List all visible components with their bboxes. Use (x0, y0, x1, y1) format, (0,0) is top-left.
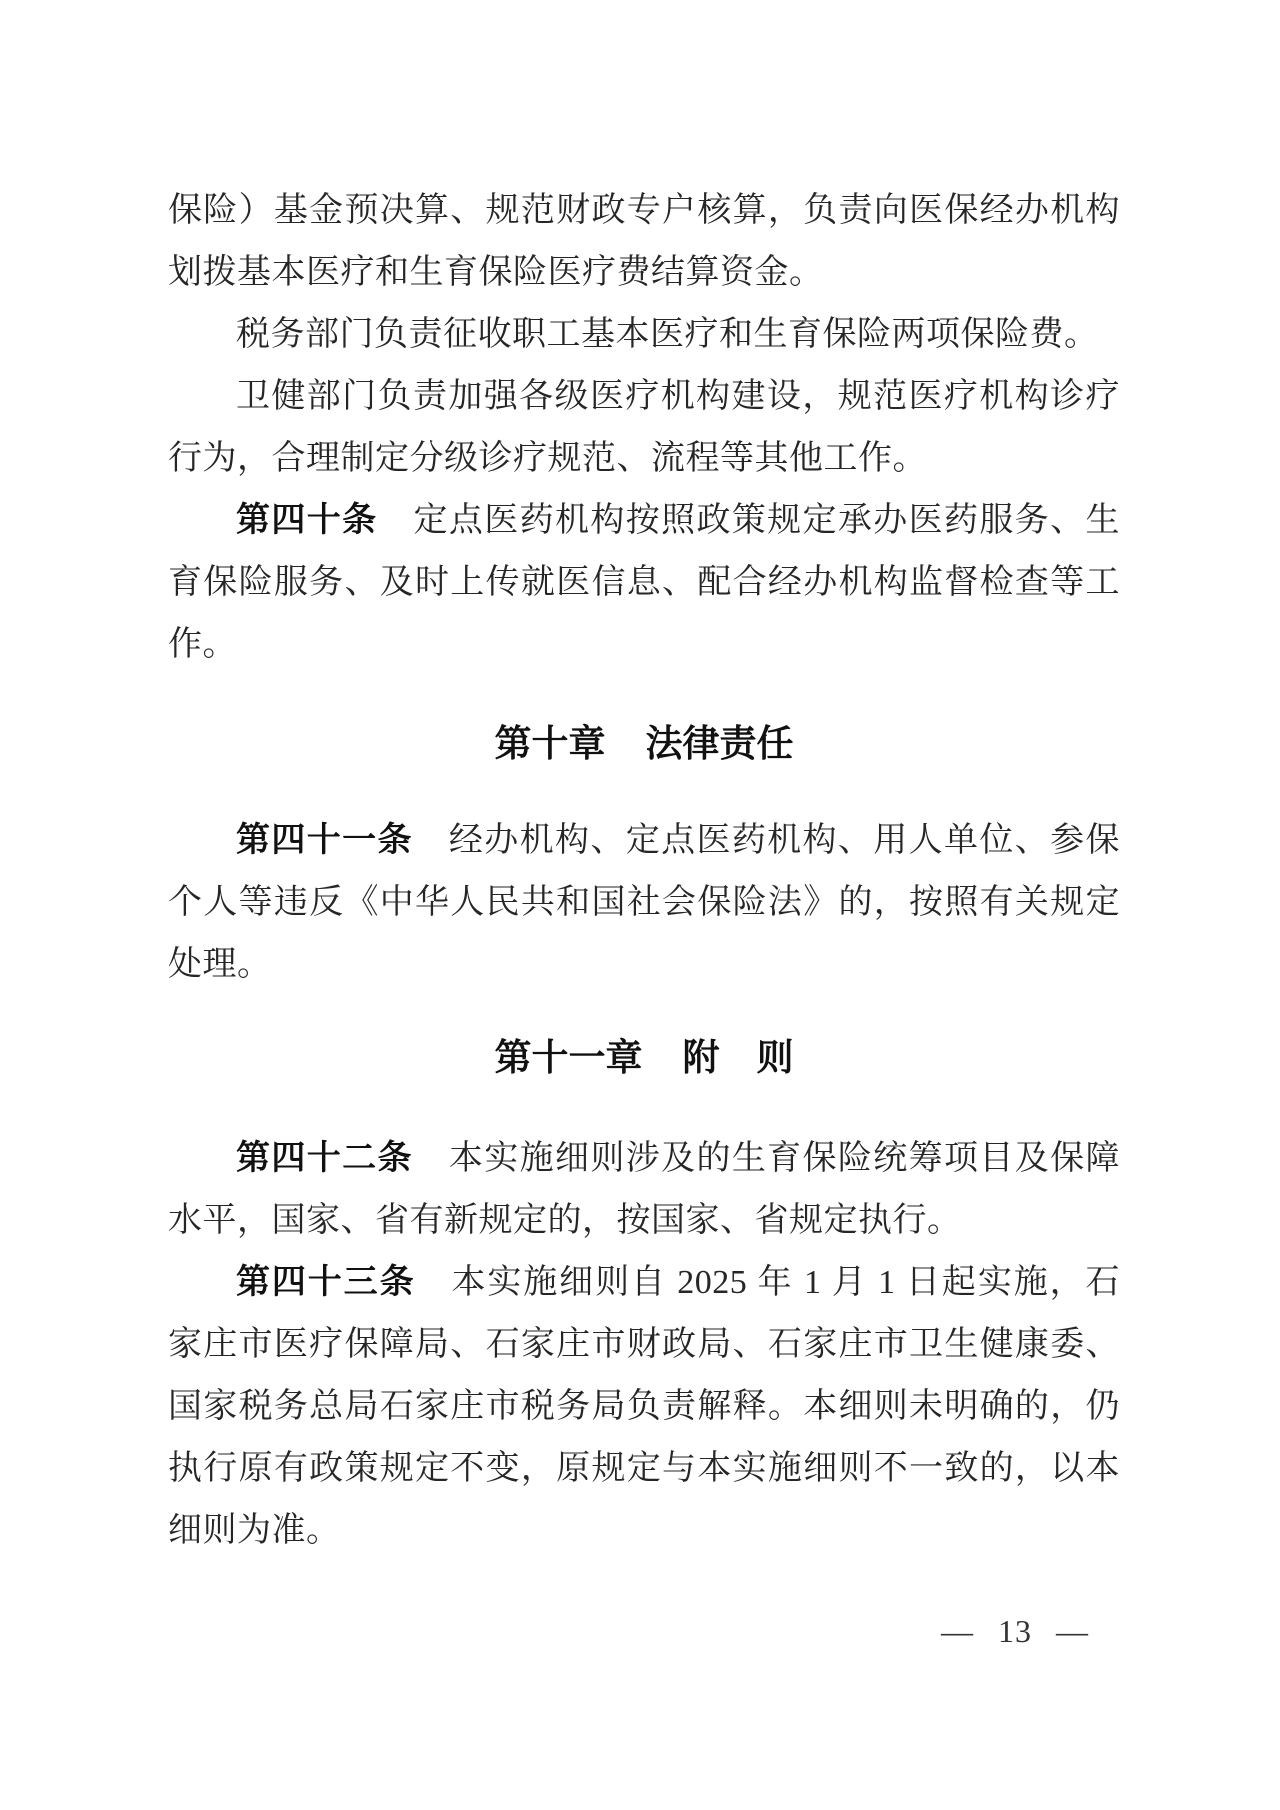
paragraph-article-43: 第四十三条本实施细则自 2025 年 1 月 1 日起实施，石家庄市医疗保障局、… (168, 1252, 1120, 1562)
footer-dash-left: — (941, 1600, 974, 1662)
page-footer: — 13 — (941, 1600, 1089, 1662)
paragraph-article-40: 第四十条定点医药机构按照政策规定承办医药服务、生育保险服务、及时上传就医信息、配… (168, 490, 1120, 676)
paragraph-health-dept: 卫健部门负责加强各级医疗机构建设，规范医疗机构诊疗行为，合理制定分级诊疗规范、流… (168, 366, 1120, 490)
article-number: 第四十二条 (236, 1140, 413, 1177)
article-text: 本实施细则自 2025 年 1 月 1 日起实施，石家庄市医疗保障局、石家庄市财… (168, 1264, 1120, 1549)
document-page: 保险）基金预决算、规范财政专户核算，负责向医保经办机构划拨基本医疗和生育保险医疗… (0, 0, 1280, 1810)
paragraph-tax-dept: 税务部门负责征收职工基本医疗和生育保险两项保险费。 (168, 304, 1120, 366)
paragraph-article-41: 第四十一条经办机构、定点医药机构、用人单位、参保个人等违反《中华人民共和国社会保… (168, 810, 1120, 996)
chapter-heading-10: 第十章 法律责任 (168, 714, 1120, 776)
paragraph-article-42: 第四十二条本实施细则涉及的生育保险统筹项目及保障水平，国家、省有新规定的，按国家… (168, 1128, 1120, 1252)
article-number: 第四十三条 (236, 1264, 415, 1301)
paragraph-continuation: 保险）基金预决算、规范财政专户核算，负责向医保经办机构划拨基本医疗和生育保险医疗… (168, 180, 1120, 304)
footer-dash-right: — (1056, 1600, 1089, 1662)
article-number: 第四十一条 (236, 822, 413, 859)
chapter-heading-11: 第十一章 附 则 (168, 1028, 1120, 1090)
paragraph-text: 税务部门负责征收职工基本医疗和生育保险两项保险费。 (236, 316, 1099, 353)
page-number: 13 (998, 1600, 1032, 1662)
article-number: 第四十条 (236, 502, 377, 539)
paragraph-text: 保险）基金预决算、规范财政专户核算，负责向医保经办机构划拨基本医疗和生育保险医疗… (168, 192, 1120, 291)
chapter-title: 附 则 (683, 1028, 794, 1090)
chapter-number: 第十章 (495, 714, 606, 776)
document-text-block: 保险）基金预决算、规范财政专户核算，负责向医保经办机构划拨基本医疗和生育保险医疗… (168, 0, 1120, 1562)
chapter-number: 第十一章 (495, 1028, 643, 1090)
chapter-title: 法律责任 (646, 714, 794, 776)
paragraph-text: 卫健部门负责加强各级医疗机构建设，规范医疗机构诊疗行为，合理制定分级诊疗规范、流… (168, 378, 1120, 477)
